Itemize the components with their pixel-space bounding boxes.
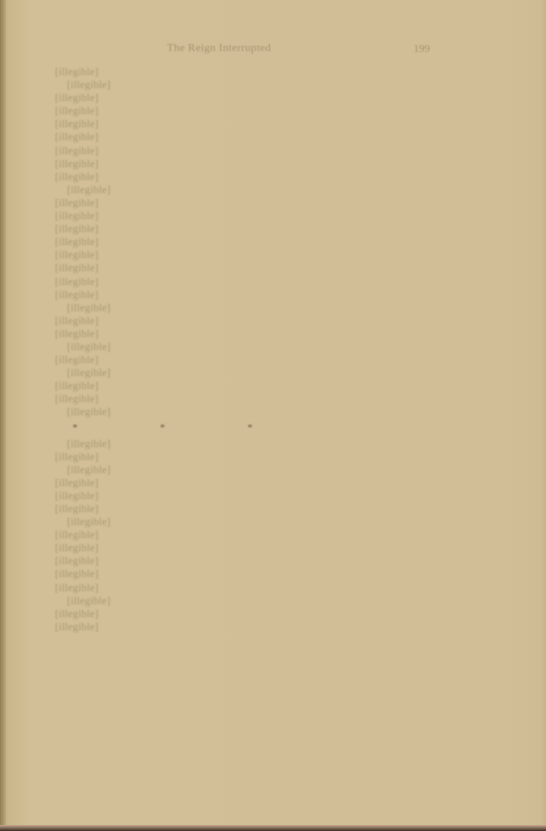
text-line: [illegible] bbox=[55, 276, 430, 289]
text-line: [illegible] bbox=[55, 393, 430, 406]
text-line: [illegible] bbox=[55, 582, 430, 595]
running-head: The Reign Interrupted bbox=[167, 42, 271, 54]
text-line: [illegible] bbox=[55, 621, 280, 634]
text-line: [illegible] bbox=[55, 105, 430, 118]
section-break-asterism: * * * bbox=[55, 420, 430, 438]
text-line: [illegible] bbox=[55, 568, 430, 581]
text-line: [illegible] bbox=[55, 328, 355, 341]
text-line: [illegible] bbox=[55, 118, 430, 131]
text-line: [illegible] bbox=[55, 354, 280, 367]
text-line: [illegible] bbox=[55, 197, 430, 210]
text-line: [illegible] bbox=[55, 315, 430, 328]
text-line: [illegible] bbox=[55, 92, 430, 105]
text-line: [illegible] bbox=[55, 171, 280, 184]
text-block-after-break: [illegible][illegible][illegible][illegi… bbox=[55, 438, 430, 634]
text-line: [illegible] bbox=[55, 451, 280, 464]
text-line: [illegible] bbox=[55, 406, 430, 419]
text-line: [illegible] bbox=[55, 341, 430, 354]
text-line: [illegible] bbox=[55, 210, 430, 223]
text-line: [illegible] bbox=[55, 184, 430, 197]
text-line: [illegible] bbox=[55, 608, 430, 621]
text-line: [illegible] bbox=[55, 131, 430, 144]
text-line: [illegible] bbox=[55, 236, 430, 249]
text-line: [illegible] bbox=[55, 380, 430, 393]
text-line: [illegible] bbox=[55, 79, 430, 92]
text-line: [illegible] bbox=[55, 464, 430, 477]
text-line: [illegible] bbox=[55, 223, 430, 236]
text-line: [illegible] bbox=[55, 262, 430, 275]
text-line: [illegible] bbox=[55, 477, 430, 490]
text-line: [illegible] bbox=[55, 595, 430, 608]
text-line: [illegible] bbox=[55, 66, 280, 79]
text-line: [illegible] bbox=[55, 516, 430, 529]
text-line: [illegible] bbox=[55, 555, 430, 568]
text-line: [illegible] bbox=[55, 158, 280, 171]
page-header: The Reign Interrupted 199 bbox=[55, 42, 430, 58]
page-body: [illegible][illegible][illegible][illegi… bbox=[55, 66, 430, 634]
spine-shadow bbox=[0, 0, 6, 831]
text-line: [illegible] bbox=[55, 490, 430, 503]
page-number: 199 bbox=[414, 43, 431, 55]
text-line: [illegible] bbox=[55, 289, 280, 302]
book-page: The Reign Interrupted 199 [illegible][il… bbox=[0, 0, 546, 831]
text-line: [illegible] bbox=[55, 249, 430, 262]
text-line: [illegible] bbox=[55, 503, 280, 516]
text-line: [illegible] bbox=[55, 542, 430, 555]
text-line: [illegible] bbox=[55, 438, 430, 451]
page-bottom-edge bbox=[0, 825, 546, 831]
text-line: [illegible] bbox=[55, 367, 430, 380]
text-line: [illegible] bbox=[55, 145, 430, 158]
text-line: [illegible] bbox=[55, 529, 430, 542]
text-block-before-break: [illegible][illegible][illegible][illegi… bbox=[55, 66, 430, 420]
text-line: [illegible] bbox=[55, 302, 430, 315]
